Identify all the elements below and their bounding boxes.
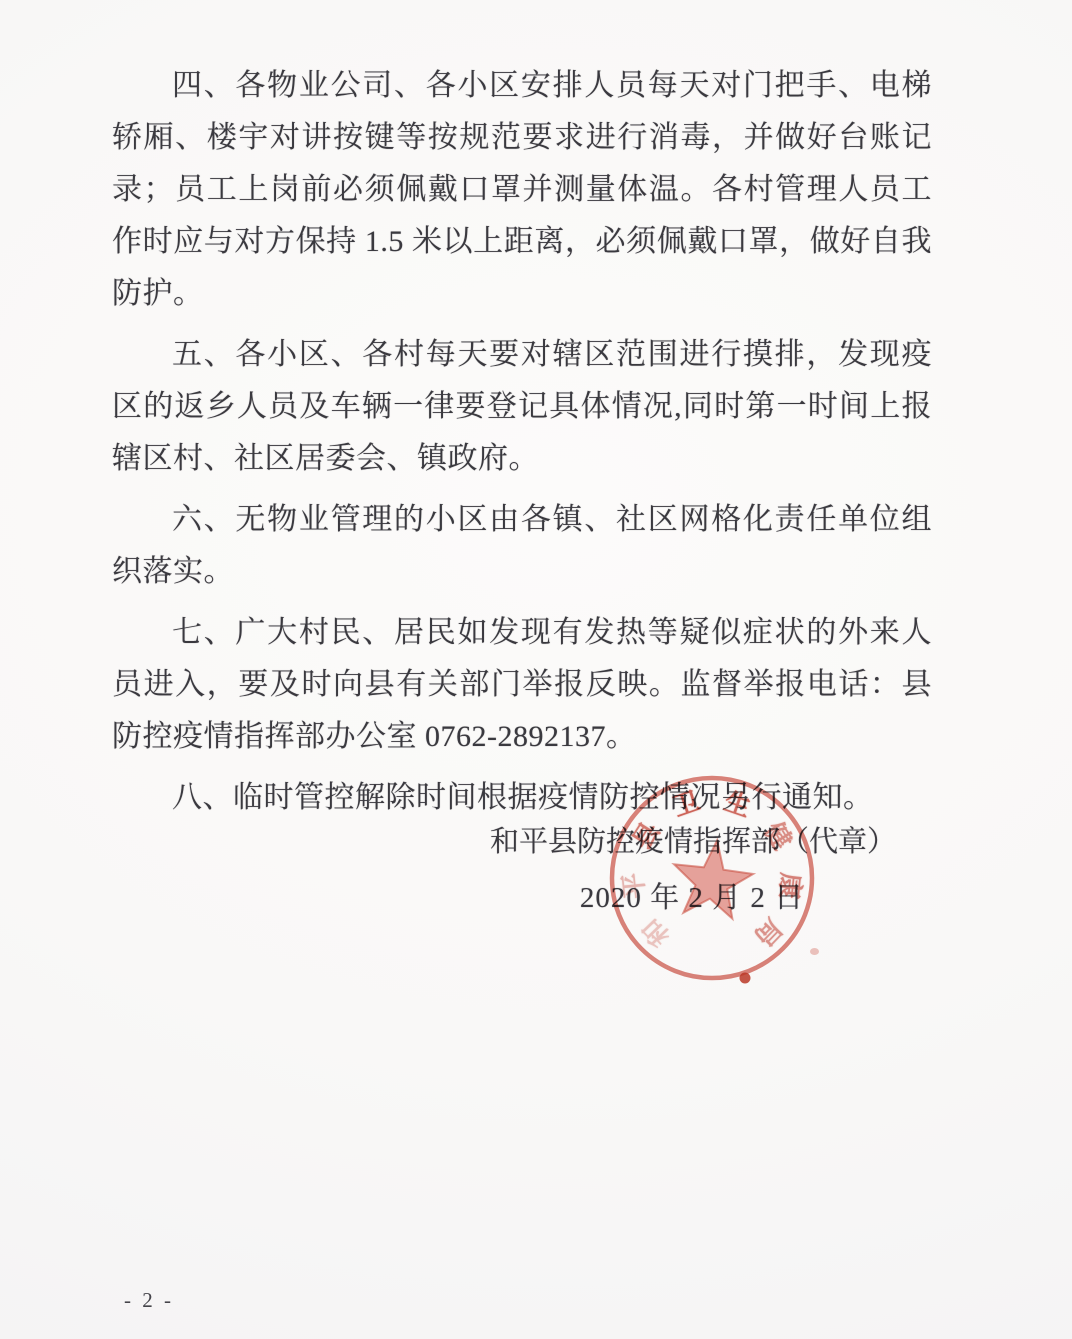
paragraph-item-5: 五、各小区、各村每天要对辖区范围进行摸排，发现疫区的返乡人员及车辆一律要登记具体… <box>112 329 932 485</box>
page-number: - 2 - <box>124 1288 174 1313</box>
ink-speck <box>810 948 819 955</box>
seal-ink-dot <box>740 973 751 984</box>
paragraph-item-4: 四、各物业公司、各小区安排人员每天对门把手、电梯轿厢、楼宇对讲按键等按规范要求进… <box>112 60 932 320</box>
document-page: 四、各物业公司、各小区安排人员每天对门把手、电梯轿厢、楼宇对讲按键等按规范要求进… <box>0 0 1072 1339</box>
signature-date: 2020 年 2 月 2 日 <box>490 876 894 920</box>
paragraph-item-7: 七、广大村民、居民如发现有发热等疑似症状的外来人员进入，要及时向县有关部门举报反… <box>112 607 932 763</box>
paragraph-item-8: 八、临时管控解除时间根据疫情防控情况另行通知。 <box>112 772 932 824</box>
paragraph-item-6: 六、无物业管理的小区由各镇、社区网格化责任单位组织落实。 <box>112 494 932 598</box>
signature-org: 和平县防控疫情指挥部（代章） <box>490 820 894 864</box>
signature-block: 和平县防控疫情指挥部（代章） 2020 年 2 月 2 日 <box>490 820 894 920</box>
document-body: 四、各物业公司、各小区安排人员每天对门把手、电梯轿厢、楼宇对讲按键等按规范要求进… <box>112 60 932 833</box>
